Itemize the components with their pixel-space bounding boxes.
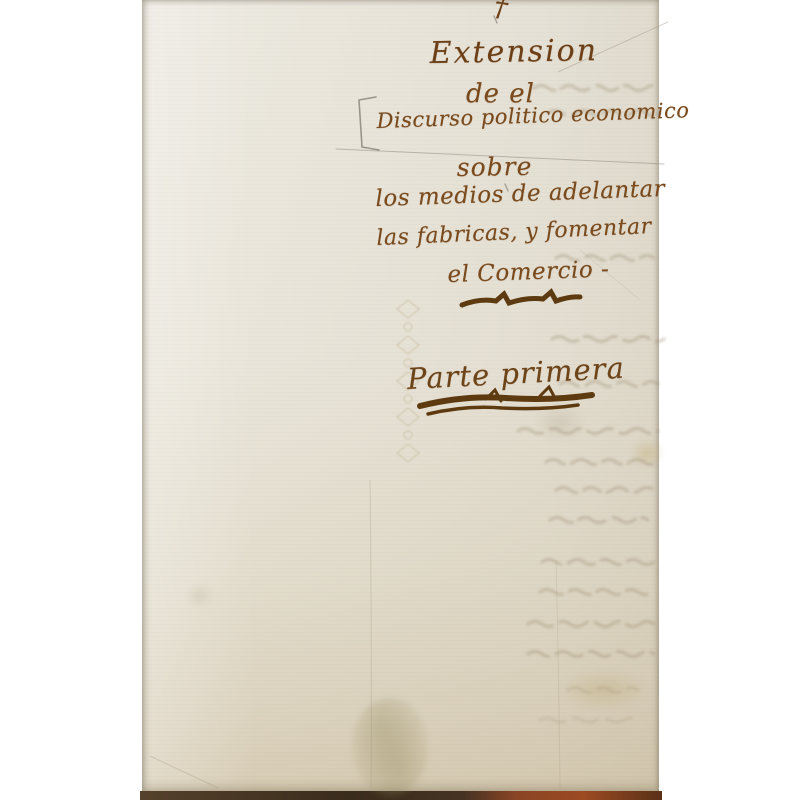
page-bottom-edge — [140, 791, 662, 800]
manuscript-photo: † Extension de el Discurso politico econ… — [0, 0, 800, 800]
title-line-extension: Extension — [429, 33, 598, 71]
title-line-sobre: sobre — [456, 152, 532, 182]
